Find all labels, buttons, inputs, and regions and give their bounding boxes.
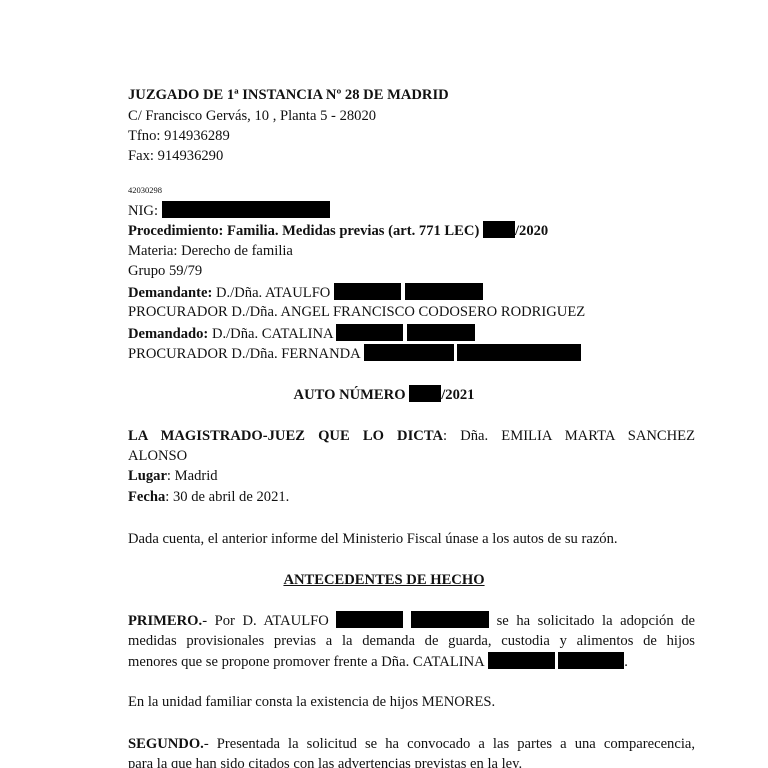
fecha-label: Fecha <box>128 489 165 505</box>
demandante-line: Demandante: D./Dña. ATAULFO <box>128 283 483 302</box>
segundo-line-1: SEGUNDO.- Presentada la solicitud se ha … <box>128 735 695 753</box>
document-page: JUZGADO DE 1ª INSTANCIA Nº 28 DE MADRID … <box>0 0 768 768</box>
procedure-value: Familia. Medidas previas (art. 771 LEC) <box>227 223 479 239</box>
redaction-box <box>409 385 441 402</box>
grupo: Grupo 59/79 <box>128 262 202 280</box>
demandante-value: D./Dña. ATAULFO <box>216 285 330 301</box>
redaction-box <box>336 324 403 341</box>
auto-title-year: /2021 <box>441 387 474 403</box>
judge-label: LA MAGISTRADO-JUEZ QUE LO DICTA <box>128 428 443 444</box>
redaction-box <box>334 283 401 300</box>
judge-line: LA MAGISTRADO-JUEZ QUE LO DICTA: Dña. EM… <box>128 427 695 445</box>
nig-label: NIG: <box>128 203 158 219</box>
procurador-demandante: PROCURADOR D./Dña. ANGEL FRANCISCO CODOS… <box>128 303 585 321</box>
demandante-label: Demandante: <box>128 285 212 301</box>
nig-line: NIG: <box>128 201 330 220</box>
materia: Materia: Derecho de familia <box>128 242 293 260</box>
primero-text: . <box>624 654 628 670</box>
procedure-line: Procedimiento: Familia. Medidas previas … <box>128 221 548 240</box>
court-phone: Tfno: 914936289 <box>128 127 230 145</box>
judge-name-cont: ALONSO <box>128 447 187 465</box>
section-heading-antecedentes: ANTECEDENTES DE HECHO <box>0 571 768 589</box>
primero-line-3: menores que se propone promover frente a… <box>128 652 628 671</box>
lugar-label: Lugar <box>128 468 167 484</box>
case-code: 42030298 <box>128 184 162 196</box>
procurador-demandado-line: PROCURADOR D./Dña. FERNANDA <box>128 344 581 363</box>
court-address: C/ Francisco Gervás, 10 , Planta 5 - 280… <box>128 107 376 125</box>
intro-paragraph: Dada cuenta, el anterior informe del Min… <box>128 530 618 548</box>
primero-text: se ha solicitado la adopción de <box>497 613 695 629</box>
redaction-box <box>558 652 624 669</box>
redaction-box <box>488 652 555 669</box>
demandado-value: D./Dña. CATALINA <box>212 326 333 342</box>
primero-line-2: medidas provisionales previas a la deman… <box>128 632 695 650</box>
fecha-line: Fecha: 30 de abril de 2021. <box>128 488 289 506</box>
redaction-box <box>336 611 403 628</box>
auto-title-prefix: AUTO NÚMERO <box>294 387 406 403</box>
fecha-value: : 30 de abril de 2021. <box>165 489 289 505</box>
lugar-line: Lugar: Madrid <box>128 467 218 485</box>
segundo-line-2: para la que han sido citados con las adv… <box>128 755 522 768</box>
procedure-year: /2020 <box>515 223 548 239</box>
primero-text: menores que se propone promover frente a… <box>128 654 484 670</box>
redaction-box <box>364 344 454 361</box>
redaction-box <box>457 344 581 361</box>
primero-label: PRIMERO. <box>128 613 202 629</box>
procedure-label: Procedimiento: <box>128 223 223 239</box>
auto-title: AUTO NÚMERO /2021 <box>0 385 768 404</box>
redaction-box <box>162 201 330 218</box>
redaction-box <box>405 283 483 300</box>
primero-line-1: PRIMERO.- Por D. ATAULFO se ha solicitad… <box>128 611 695 630</box>
redaction-box <box>407 324 475 341</box>
demandado-label: Demandado: <box>128 326 208 342</box>
demandado-line: Demandado: D./Dña. CATALINA <box>128 324 475 343</box>
judge-name: : Dña. EMILIA MARTA SANCHEZ <box>443 428 695 444</box>
redaction-box <box>483 221 515 238</box>
lugar-value: : Madrid <box>167 468 218 484</box>
court-name: JUZGADO DE 1ª INSTANCIA Nº 28 DE MADRID <box>128 86 449 104</box>
segundo-label: SEGUNDO. <box>128 736 204 752</box>
redaction-box <box>411 611 489 628</box>
primero-text: - Por D. ATAULFO <box>202 613 329 629</box>
procurador-demandado: PROCURADOR D./Dña. FERNANDA <box>128 346 360 362</box>
menores-paragraph: En la unidad familiar consta la existenc… <box>128 693 495 711</box>
segundo-text: - Presentada la solicitud se ha convocad… <box>204 736 695 752</box>
court-fax: Fax: 914936290 <box>128 147 223 165</box>
